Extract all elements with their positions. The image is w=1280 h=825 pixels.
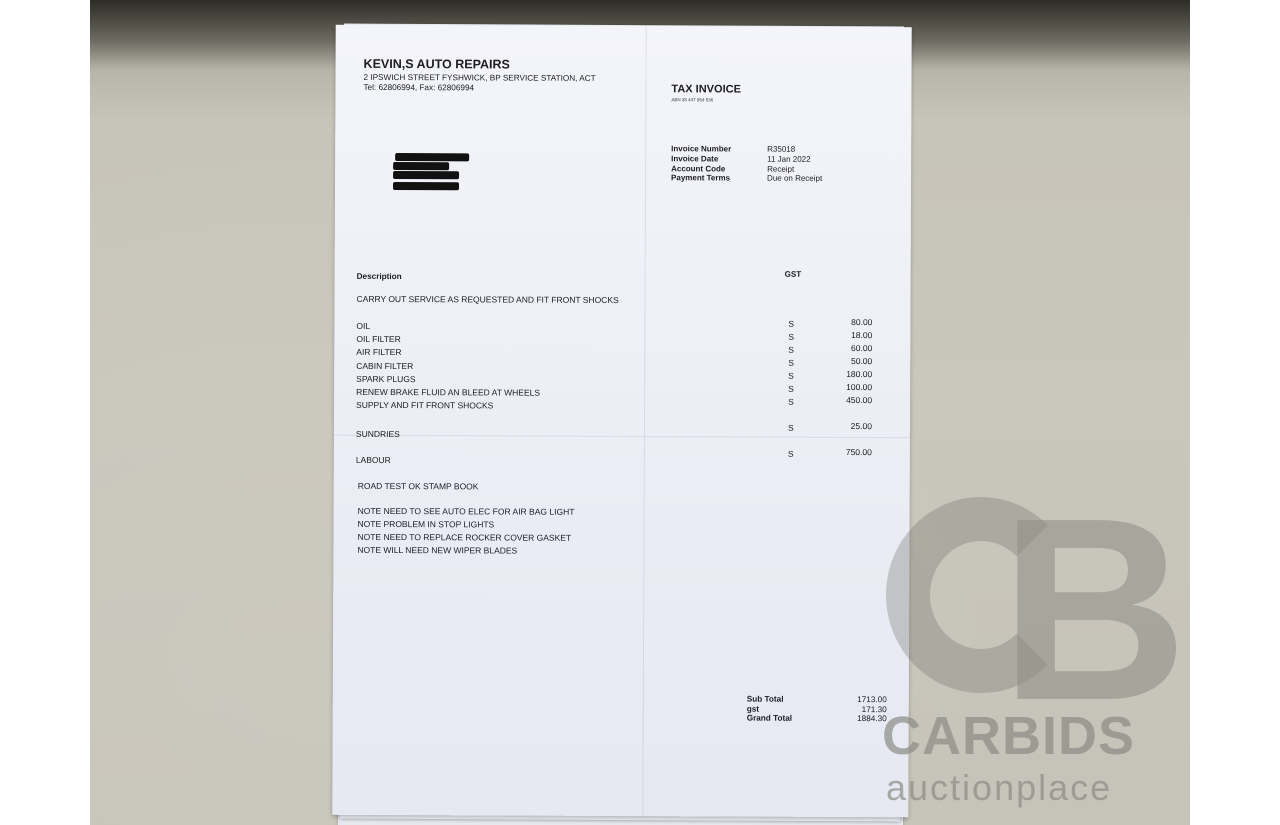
line-item-amount: 18.00	[812, 330, 872, 340]
line-item-gst-code: S	[788, 371, 794, 381]
grand-total-row: Grand Total 1884.30	[747, 714, 887, 724]
line-item-description: OIL	[356, 321, 370, 331]
watermark-monogram: B	[1000, 495, 1188, 725]
gst-column-header: GST	[785, 270, 801, 279]
note-line: NOTE PROBLEM IN STOP LIGHTS	[358, 519, 495, 530]
fingerprint-c-logo-icon	[886, 497, 1076, 693]
note-line: NOTE NEED TO REPLACE ROCKER COVER GASKET	[357, 532, 571, 543]
line-item-amount: 750.00	[812, 447, 872, 457]
redacted-customer-block	[393, 153, 471, 195]
line-item-description: CABIN FILTER	[356, 361, 413, 371]
line-item-amount: 100.00	[812, 382, 872, 392]
invoice-totals: Sub Total 1713.00 gst 171.30 Grand Total…	[747, 695, 887, 724]
meta-row-account-code: Account Code Receipt	[671, 164, 822, 174]
line-item-gst-code: S	[788, 358, 794, 368]
line-item-amount: 25.00	[812, 421, 872, 431]
line-item-amount: 50.00	[812, 356, 872, 366]
meta-row-invoice-date: Invoice Date 11 Jan 2022	[671, 154, 822, 164]
line-item-description: SUNDRIES	[356, 429, 400, 439]
fold-crease-horizontal	[334, 435, 910, 440]
abn-number: ABN 35 447 954 536	[671, 97, 713, 102]
line-item-description: SPARK PLUGS	[356, 374, 415, 384]
line-item-gst-code: S	[788, 423, 794, 433]
line-item-description: LABOUR	[356, 455, 391, 465]
job-summary: CARRY OUT SERVICE AS REQUESTED AND FIT F…	[357, 294, 619, 305]
line-item-amount: 60.00	[812, 343, 872, 353]
line-item-gst-code: S	[788, 449, 794, 459]
subtotal-row: Sub Total 1713.00	[747, 695, 887, 705]
document-title: TAX INVOICE	[671, 83, 741, 95]
gst-total-row: gst 171.30	[747, 704, 887, 714]
line-item-gst-code: S	[788, 319, 794, 329]
company-contact: Tel: 62806994, Fax: 62806994	[363, 83, 474, 92]
fold-crease-vertical	[642, 26, 646, 816]
description-column-header: Description	[357, 272, 402, 281]
meta-row-payment-terms: Payment Terms Due on Receipt	[671, 174, 822, 184]
line-item-amount: 80.00	[812, 317, 872, 327]
tax-invoice-sheet: KEVIN,S AUTO REPAIRS 2 IPSWICH STREET FY…	[332, 25, 911, 818]
note-line: NOTE WILL NEED NEW WIPER BLADES	[357, 545, 517, 556]
line-item-amount: 180.00	[812, 369, 872, 379]
line-item-gst-code: S	[788, 384, 794, 394]
line-item-description: OIL FILTER	[356, 334, 400, 344]
line-item-gst-code: S	[788, 345, 794, 355]
invoice-photo: KEVIN,S AUTO REPAIRS 2 IPSWICH STREET FY…	[90, 0, 1190, 825]
line-item-amount: 450.00	[812, 395, 872, 405]
company-name: KEVIN,S AUTO REPAIRS	[364, 57, 510, 72]
note-line: NOTE NEED TO SEE AUTO ELEC FOR AIR BAG L…	[358, 506, 575, 517]
road-test-note: ROAD TEST OK STAMP BOOK	[358, 481, 479, 492]
meta-row-invoice-number: Invoice Number R35018	[671, 144, 822, 154]
line-item-description: RENEW BRAKE FLUID AN BLEED AT WHEELS	[356, 387, 540, 398]
carbids-watermark: B CARBIDS auctionplace	[882, 495, 1162, 815]
line-item-gst-code: S	[788, 332, 794, 342]
line-item-description: AIR FILTER	[356, 347, 401, 357]
invoice-meta: Invoice Number R35018 Invoice Date 11 Ja…	[671, 144, 822, 184]
line-item-gst-code: S	[788, 397, 794, 407]
watermark-subtitle: auctionplace	[886, 767, 1112, 809]
company-address: 2 IPSWICH STREET FYSHWICK, BP SERVICE ST…	[363, 73, 595, 83]
line-item-description: SUPPLY AND FIT FRONT SHOCKS	[356, 400, 493, 411]
watermark-brand: CARBIDS	[882, 705, 1135, 767]
